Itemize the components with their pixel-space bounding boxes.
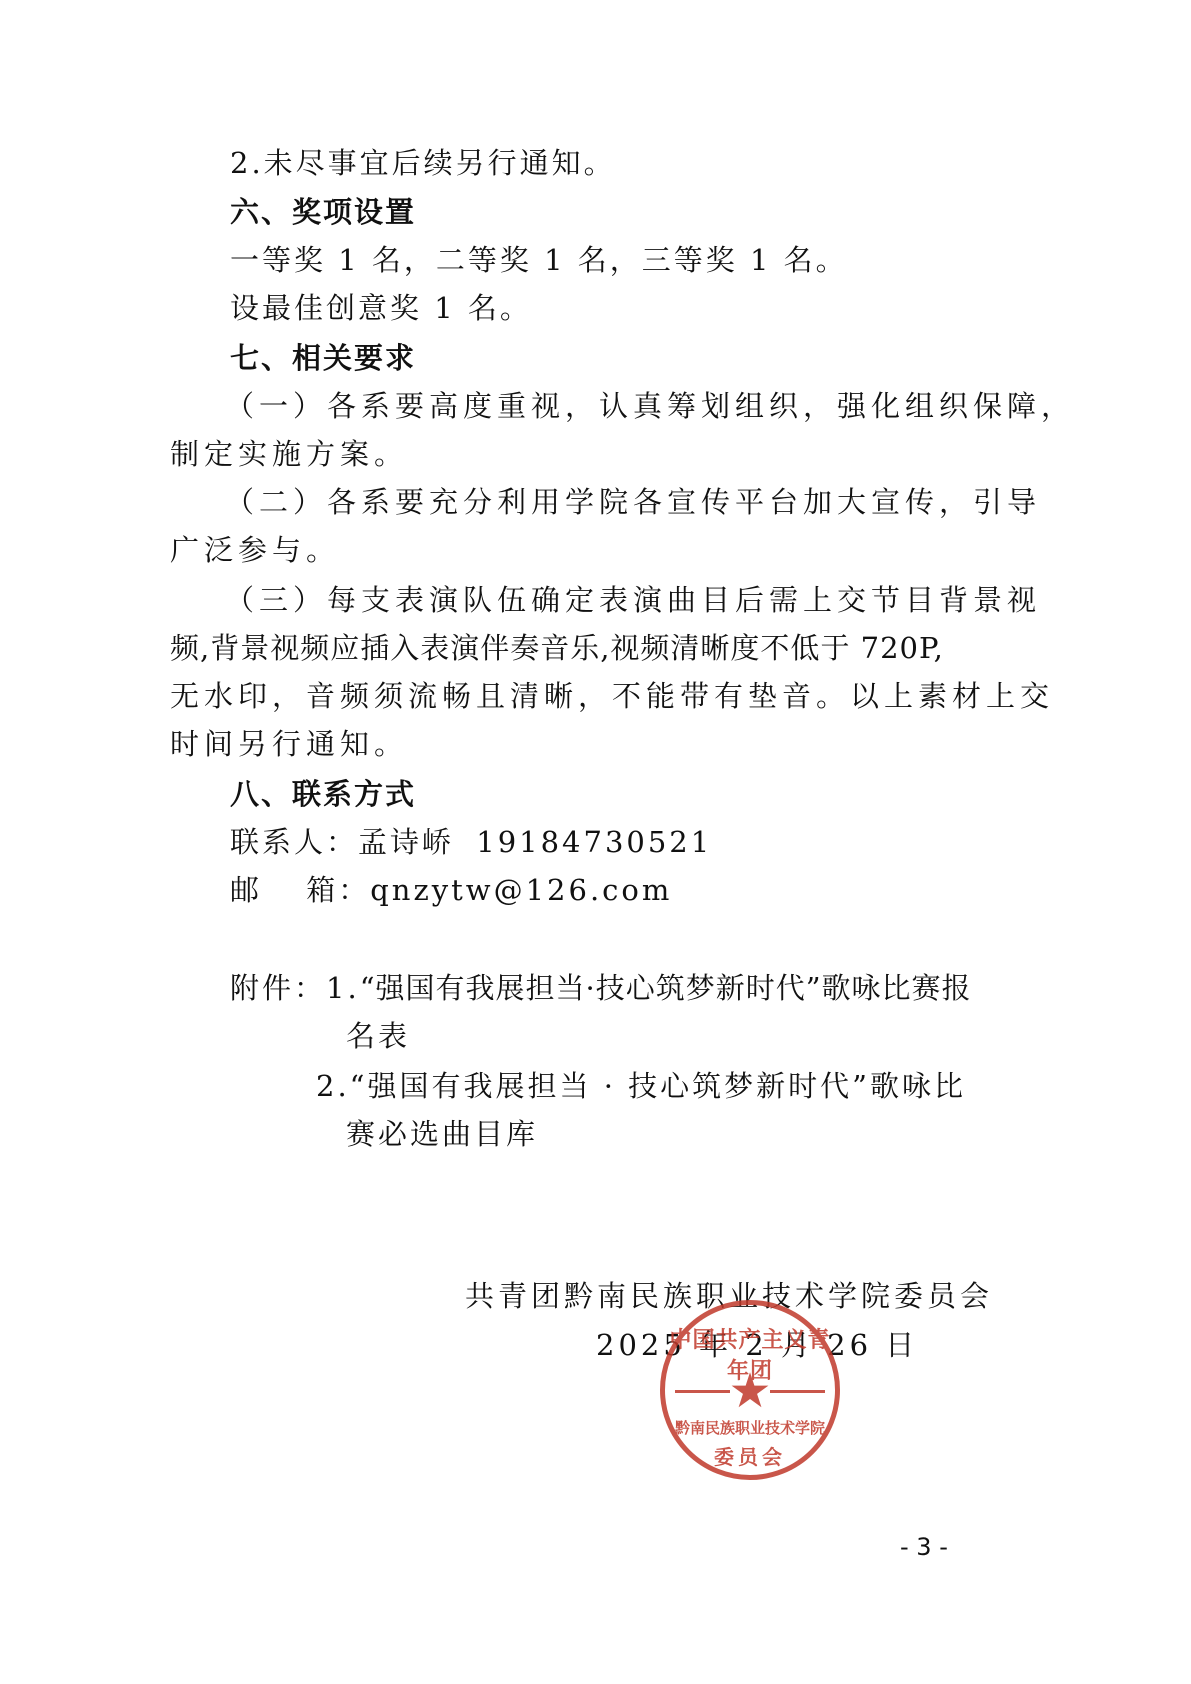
contact-label: 联系人：: [230, 825, 358, 859]
contact-phone: 19184730521: [476, 825, 712, 859]
contact-name: 孟诗峤: [358, 825, 454, 859]
note-item-2: 2.未尽事宜后续另行通知。: [230, 143, 616, 183]
attachment-2-number: 2.: [316, 1069, 350, 1103]
requirement-1-line-2: 制定实施方案。: [170, 434, 408, 474]
official-seal: 中国共产主义青年团 ★ 黔南民族职业技术学院 委员会: [660, 1300, 840, 1480]
requirement-3-line-2: 频,背景视频应插入表演伴奏音乐,视频清晰度不低于 720P,: [170, 628, 944, 668]
attachment-1-line-1: 附件：1.“强国有我展担当·技心筑梦新时代”歌咏比赛报: [230, 968, 972, 1008]
email-value: qnzytw@126.com: [370, 873, 672, 907]
requirement-2-line-1: （二）各系要充分利用学院各宣传平台加大宣传，引导: [225, 482, 1041, 522]
requirement-3-line-1: （三）每支表演队伍确定表演曲目后需上交节目背景视: [225, 580, 1041, 620]
attachment-1-number: 1.: [326, 971, 360, 1005]
contact-row: 联系人：孟诗峤 19184730521: [230, 822, 712, 862]
seal-middle-text: 黔南民族职业技术学院: [665, 1417, 835, 1438]
attachment-2-line-2: 赛必选曲目库: [346, 1114, 538, 1154]
awards-line-2: 设最佳创意奖 1 名。: [230, 288, 532, 328]
attachment-2-line-1: 2.“强国有我展担当 · 技心筑梦新时代”歌咏比: [316, 1066, 966, 1106]
email-label: 邮 箱：: [230, 873, 370, 907]
section-heading-requirements: 七、相关要求: [230, 338, 416, 378]
requirement-1-line-1: （一）各系要高度重视，认真筹划组织，强化组织保障，: [225, 386, 1075, 426]
requirement-3-line-3: 无水印，音频须流畅且清晰，不能带有垫音。以上素材上交: [170, 676, 1054, 716]
section-heading-awards: 六、奖项设置: [230, 192, 416, 232]
seal-bottom-text: 委员会: [665, 1441, 835, 1470]
attachment-2-title: “强国有我展担当 · 技心筑梦新时代”歌咏比: [350, 1069, 966, 1103]
section-heading-contact: 八、联系方式: [230, 774, 416, 814]
email-row: 邮 箱：qnzytw@126.com: [230, 870, 672, 910]
attachment-1-title: “强国有我展担当·技心筑梦新时代”歌咏比赛报: [360, 971, 972, 1005]
requirement-2-line-2: 广泛参与。: [170, 530, 340, 570]
attachments-label: 附件：: [230, 971, 326, 1005]
attachment-1-line-2: 名表: [346, 1016, 410, 1056]
awards-line-1: 一等奖 1 名，二等奖 1 名，三等奖 1 名。: [230, 240, 848, 280]
seal-divider-right: [770, 1390, 825, 1393]
page-number: - 3 -: [900, 1533, 948, 1561]
requirement-3-line-4: 时间另行通知。: [170, 724, 408, 764]
